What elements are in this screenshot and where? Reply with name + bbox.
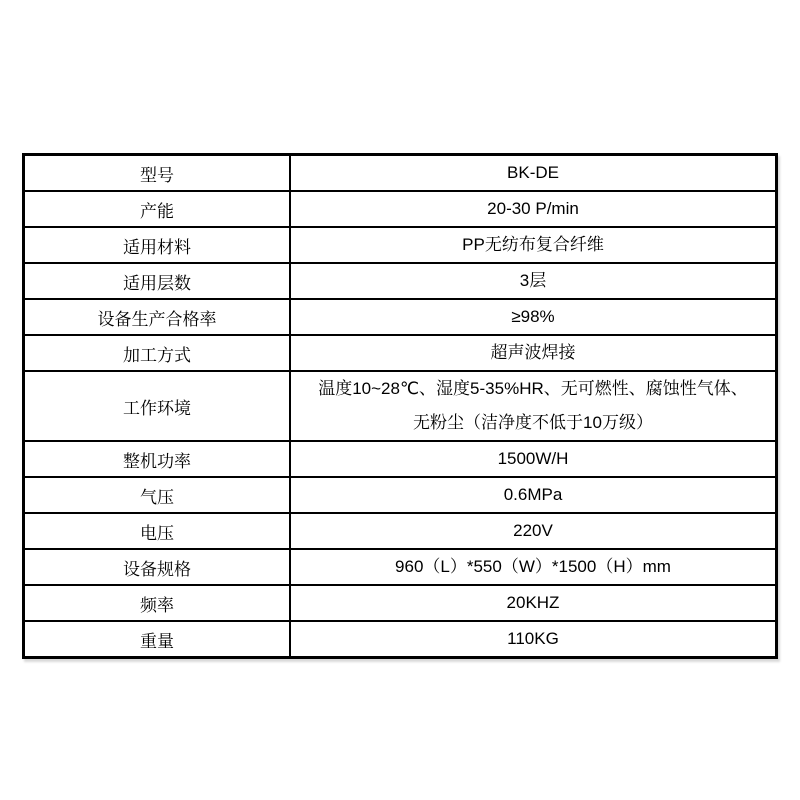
spec-value: 960（L）*550（W）*1500（H）mm xyxy=(290,549,777,585)
spec-value: BK-DE xyxy=(290,155,777,192)
table-row: 适用材料PP无纺布复合纤维 xyxy=(24,227,777,263)
table-row: 频率20KHZ xyxy=(24,585,777,621)
spec-value: 220V xyxy=(290,513,777,549)
table-row: 整机功率1500W/H xyxy=(24,441,777,477)
spec-table-body: 型号BK-DE产能20-30 P/min适用材料PP无纺布复合纤维适用层数3层设… xyxy=(24,155,777,658)
spec-label: 设备规格 xyxy=(24,549,291,585)
spec-value: 3层 xyxy=(290,263,777,299)
table-row: 产能20-30 P/min xyxy=(24,191,777,227)
spec-label: 整机功率 xyxy=(24,441,291,477)
spec-label: 气压 xyxy=(24,477,291,513)
spec-label: 产能 xyxy=(24,191,291,227)
table-row: 电压220V xyxy=(24,513,777,549)
spec-label: 工作环境 xyxy=(24,371,291,441)
spec-value: 20-30 P/min xyxy=(290,191,777,227)
table-row: 设备生产合格率≥98% xyxy=(24,299,777,335)
table-row: 适用层数3层 xyxy=(24,263,777,299)
table-row: 工作环境温度10~28℃、湿度5-35%HR、无可燃性、腐蚀性气体、 无粉尘（洁… xyxy=(24,371,777,441)
spec-label: 设备生产合格率 xyxy=(24,299,291,335)
spec-value: 0.6MPa xyxy=(290,477,777,513)
spec-label: 型号 xyxy=(24,155,291,192)
spec-value: 1500W/H xyxy=(290,441,777,477)
spec-value: PP无纺布复合纤维 xyxy=(290,227,777,263)
spec-value: 110KG xyxy=(290,621,777,658)
table-row: 气压0.6MPa xyxy=(24,477,777,513)
spec-label: 电压 xyxy=(24,513,291,549)
table-row: 加工方式超声波焊接 xyxy=(24,335,777,371)
spec-label: 重量 xyxy=(24,621,291,658)
spec-label: 加工方式 xyxy=(24,335,291,371)
spec-value: 温度10~28℃、湿度5-35%HR、无可燃性、腐蚀性气体、 无粉尘（洁净度不低… xyxy=(290,371,777,441)
spec-value: 超声波焊接 xyxy=(290,335,777,371)
table-row: 重量110KG xyxy=(24,621,777,658)
table-row: 设备规格960（L）*550（W）*1500（H）mm xyxy=(24,549,777,585)
table-row: 型号BK-DE xyxy=(24,155,777,192)
spec-value: ≥98% xyxy=(290,299,777,335)
spec-label: 频率 xyxy=(24,585,291,621)
spec-value: 20KHZ xyxy=(290,585,777,621)
spec-label: 适用层数 xyxy=(24,263,291,299)
spec-table: 型号BK-DE产能20-30 P/min适用材料PP无纺布复合纤维适用层数3层设… xyxy=(22,153,778,659)
spec-label: 适用材料 xyxy=(24,227,291,263)
